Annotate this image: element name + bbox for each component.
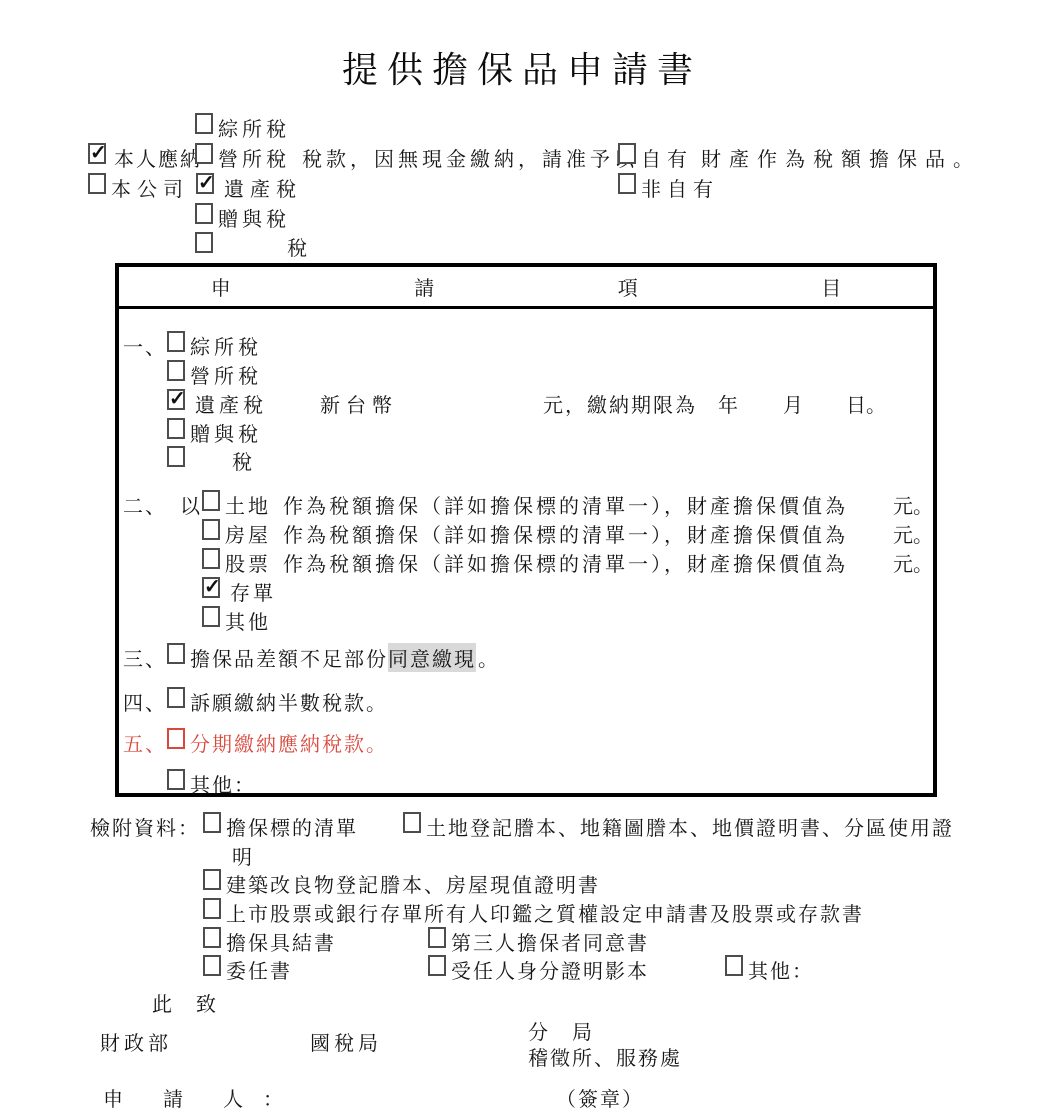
label-own-property: 自有: [641, 143, 693, 172]
sec2-unit: 元。: [893, 490, 933, 519]
sec3-highlighted-text: 同意繳現: [388, 643, 476, 672]
sec2-row-deposit: ✓ 存單: [0, 577, 1044, 603]
checkmark-icon: ✓: [198, 175, 212, 192]
label-tax-comprehensive: 綜所稅: [218, 113, 290, 142]
checkbox-sec1-blank[interactable]: [167, 446, 185, 467]
checkbox-tax-other-blank[interactable]: [195, 232, 213, 253]
salutation: 此 致: [152, 988, 218, 1017]
checkbox-stock-docs[interactable]: [203, 898, 221, 919]
label-attachments-other: 其他：: [748, 955, 814, 984]
attachments-line-5: 擔保具結書 第三人擔保者同意書: [0, 927, 1044, 953]
checkbox-sec2-deposit[interactable]: ✓: [202, 577, 220, 598]
sec2-row-stock: 股票 作為稅額擔保（詳如擔保標的清單一），財產擔保價值為 元。: [0, 548, 1044, 574]
checkbox-table-other[interactable]: [167, 769, 185, 790]
checkmark-icon: ✓: [169, 391, 183, 408]
table-header-char: 申: [211, 272, 231, 301]
checkbox-not-own-property[interactable]: [618, 173, 636, 194]
sec2-option-label: 存單: [230, 577, 276, 606]
label-land-docs: 土地登記謄本、地籍圖謄本、地價證明書、分區使用證: [426, 812, 954, 841]
preamble-line-3: 本公司 ✓ 遺產稅 非自有: [0, 173, 1044, 199]
sec1-row-gift: 贈與稅: [0, 418, 1044, 444]
sec5-number: 五、: [123, 728, 167, 757]
checkbox-own-property[interactable]: [618, 143, 636, 164]
label-power-of-attorney: 委任書: [226, 955, 292, 984]
attachments-label: 檢附資料：: [90, 812, 200, 841]
label-agent-id-copy: 受任人身分證明影本: [451, 955, 649, 984]
sec4-number: 四、: [123, 687, 167, 716]
sec2-row-land: 二、 以 土地 作為稅額擔保（詳如擔保標的清單一），財產擔保價值為 元。: [0, 490, 1044, 516]
estate-currency-label: 新台幣: [320, 389, 398, 418]
label-payer-company: 本公司: [111, 173, 189, 202]
checkbox-tax-business[interactable]: [195, 143, 213, 164]
salutation-line: 此 致: [0, 988, 1044, 1014]
preamble-line-2: ✓ 本人應納 營所稅 稅款，因無現金繳納，請准予以 自有 財產作為稅額擔保品。: [0, 143, 1044, 169]
form-title: 提供擔保品申請書: [0, 42, 1044, 93]
label-collateral-list: 擔保標的清單: [226, 812, 358, 841]
table-header-row: 申 請 項 目: [119, 267, 933, 309]
checkbox-payer-company[interactable]: [88, 173, 106, 194]
checkbox-sec1-comprehensive[interactable]: [167, 331, 185, 352]
label-guarantee-affidavit: 擔保具結書: [226, 927, 336, 956]
label-signature-seal: （簽章）: [556, 1083, 644, 1112]
checkbox-tax-gift[interactable]: [195, 203, 213, 224]
attachments-line-4: 上市股票或銀行存單所有人印鑑之質權設定申請書及股票或存款書: [0, 898, 1044, 924]
table-other-label: 其他：: [190, 769, 256, 798]
label-service-office: 稽徵所、服務處: [528, 1042, 682, 1071]
applicant-line: 申 請 人 ： （簽章）: [0, 1083, 1044, 1109]
checkbox-power-of-attorney[interactable]: [203, 955, 221, 976]
label-land-docs-wrap: 明: [232, 841, 252, 870]
label-tax-blank-suffix: 稅: [287, 232, 307, 261]
checkbox-guarantee-affidavit[interactable]: [203, 927, 221, 948]
sec3-period: 。: [478, 643, 498, 672]
preamble-clause-mid: 稅款，因無現金繳納，請准予以: [302, 143, 638, 172]
estate-month-label: 月: [783, 389, 803, 418]
checkbox-third-party-consent[interactable]: [428, 927, 446, 948]
table-other-row: 其他：: [0, 769, 1044, 795]
checkbox-sec2-stock[interactable]: [202, 548, 220, 569]
checkbox-attachments-other[interactable]: [725, 955, 743, 976]
label-tax-estate: 遺產稅: [224, 173, 302, 202]
sec1-option-label: 營所稅: [190, 360, 262, 389]
label-applicant: 申 請 人 ：: [103, 1083, 283, 1112]
checkbox-sec2-land[interactable]: [202, 490, 220, 511]
attachments-line-6: 委任書 受任人身分證明影本 其他：: [0, 955, 1044, 981]
checkbox-sec2-house[interactable]: [202, 519, 220, 540]
sec2-option-label: 股票: [225, 548, 271, 577]
estate-day-label: 日。: [846, 389, 886, 418]
label-payer-self: 本人應納: [114, 143, 202, 172]
attachments-line-1: 檢附資料： 擔保標的清單 土地登記謄本、地籍圖謄本、地價證明書、分區使用證: [0, 812, 1044, 838]
preamble-line-1: 綜所稅: [0, 113, 1044, 139]
sec1-row-blank: 稅: [0, 446, 1044, 472]
sec2-option-label: 其他: [225, 606, 271, 635]
sec4-text: 訴願繳納半數稅款。: [190, 687, 388, 716]
checkbox-building-docs[interactable]: [203, 869, 221, 890]
sec2-clause: 作為稅額擔保（詳如擔保標的清單一），財產擔保價值為: [283, 490, 848, 519]
sec2-clause: 作為稅額擔保（詳如擔保標的清單一），財產擔保價值為: [283, 519, 848, 548]
checkbox-sec2-other[interactable]: [202, 606, 220, 627]
sec1-option-label: 綜所稅: [190, 331, 262, 360]
application-form-page: 提供擔保品申請書 綜所稅 ✓ 本人應納 營所稅 稅款，因無現金繳納，請准予以 自…: [0, 0, 1044, 1118]
checkmark-icon: ✓: [204, 579, 218, 596]
checkbox-payer-self[interactable]: ✓: [88, 143, 106, 164]
label-branch: 分 局: [528, 1016, 594, 1045]
label-tax-business: 營所稅: [218, 143, 290, 172]
sec2-row-other: 其他: [0, 606, 1044, 632]
sec1-row-estate: ✓ 遺產稅 新台幣 元，繳納期限為 年 月 日。: [0, 389, 1044, 415]
checkbox-land-docs[interactable]: [403, 812, 421, 833]
sec1-blank-suffix: 稅: [232, 446, 252, 475]
checkbox-sec1-gift[interactable]: [167, 418, 185, 439]
sec2-option-label: 房屋: [225, 519, 271, 548]
branch-line-2: 稽徵所、服務處: [0, 1042, 1044, 1068]
sec2-row-house: 房屋 作為稅額擔保（詳如擔保標的清單一），財產擔保價值為 元。: [0, 519, 1044, 545]
sec4-row: 四、 訴願繳納半數稅款。: [0, 687, 1044, 713]
checkbox-sec5[interactable]: [167, 728, 185, 749]
checkbox-agent-id-copy[interactable]: [428, 955, 446, 976]
checkbox-collateral-list[interactable]: [203, 812, 221, 833]
label-third-party-consent: 第三人擔保者同意書: [451, 927, 649, 956]
preamble-line-4: 贈與稅: [0, 203, 1044, 229]
checkbox-sec1-business[interactable]: [167, 360, 185, 381]
sec1-row-comprehensive: 一、 綜所稅: [0, 331, 1044, 357]
checkbox-tax-estate[interactable]: ✓: [196, 173, 214, 194]
checkbox-sec3[interactable]: [167, 643, 185, 664]
sec5-text: 分期繳納應納稅款。: [190, 728, 388, 757]
sec3-row: 三、 擔保品差額不足部份 同意繳現 。: [0, 643, 1044, 669]
sec1-option-label: 遺產稅: [195, 389, 267, 418]
checkbox-sec4[interactable]: [167, 687, 185, 708]
sec2-number: 二、: [123, 490, 167, 519]
label-not-own-property: 非自有: [641, 173, 719, 202]
sec5-row: 五、 分期繳納應納稅款。: [0, 728, 1044, 754]
sec1-option-label: 贈與稅: [190, 418, 262, 447]
sec1-row-business: 營所稅: [0, 360, 1044, 386]
sec2-unit: 元。: [893, 548, 933, 577]
sec1-number: 一、: [123, 331, 167, 360]
label-tax-gift: 贈與稅: [218, 203, 290, 232]
checkbox-tax-comprehensive[interactable]: [195, 113, 213, 134]
attachments-line-3: 建築改良物登記謄本、房屋現值證明書: [0, 869, 1044, 895]
label-building-docs: 建築改良物登記謄本、房屋現值證明書: [226, 869, 600, 898]
estate-year-label: 年: [718, 389, 738, 418]
estate-amount-unit-label: 元，繳納期限為: [543, 389, 697, 418]
table-header-char: 請: [414, 272, 434, 301]
sec2-prefix: 以: [180, 490, 200, 519]
checkbox-sec1-estate[interactable]: ✓: [167, 389, 185, 410]
sec2-unit: 元。: [893, 519, 933, 548]
sec2-clause: 作為稅額擔保（詳如擔保標的清單一），財產擔保價值為: [283, 548, 848, 577]
table-header-char: 項: [618, 272, 638, 301]
preamble-line-5: 稅: [0, 232, 1044, 258]
sec2-option-label: 土地: [225, 490, 271, 519]
attachments-line-2: 明: [0, 841, 1044, 867]
label-stock-docs: 上市股票或銀行存單所有人印鑑之質權設定申請書及股票或存款書: [226, 898, 864, 927]
table-header-char: 目: [821, 272, 841, 301]
sec3-number: 三、: [123, 643, 167, 672]
checkmark-icon: ✓: [90, 145, 104, 162]
branch-line-1: 分 局: [0, 1016, 1044, 1042]
preamble-clause-tail: 財產作為稅額擔保品。: [701, 143, 981, 172]
sec3-text: 擔保品差額不足部份: [190, 643, 388, 672]
